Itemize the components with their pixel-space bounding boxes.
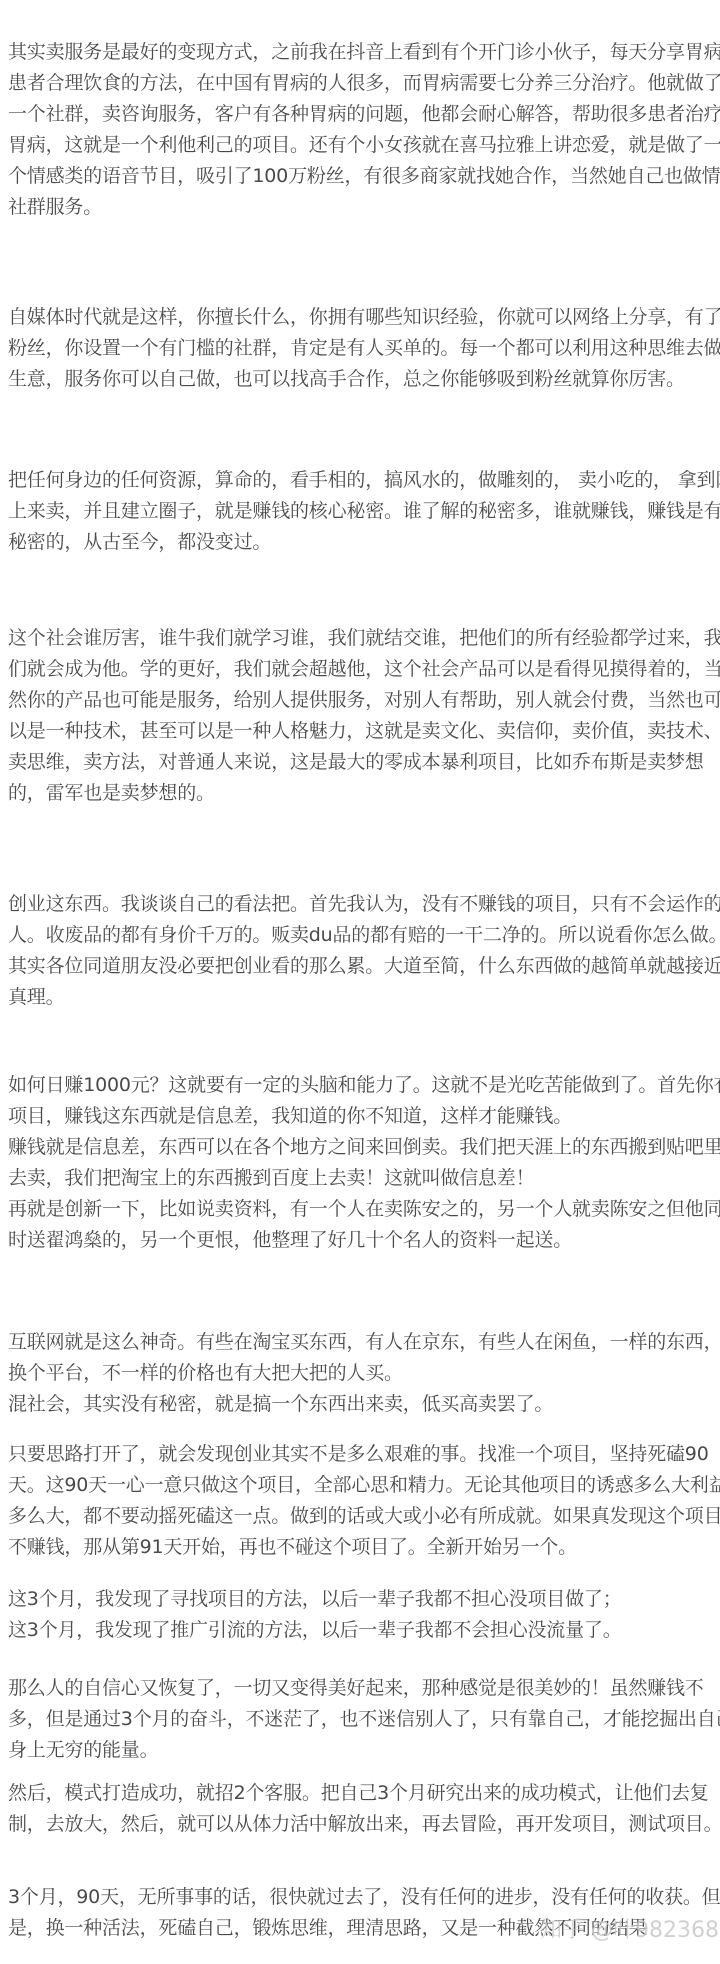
text-line: 人。收废品的都有身价千万的。贩卖du品的都有赔的一干二净的。所以说看你怎么做。 <box>8 920 714 951</box>
text-line: 一个社群，卖咨询服务，客户有各种胃病的问题，他都会耐心解答，帮助很多患者治疗 <box>8 99 714 130</box>
text-line: 项目，赚钱这东西就是信息差，我知道的你不知道，这样才能赚钱。 <box>8 1101 714 1132</box>
text-line: 换个平台，不一样的价格也有大把大把的人买。 <box>8 1358 714 1389</box>
text-line: 粉丝，你设置一个有门槛的社群，肯定是有人买单的。每一个都可以利用这种思维去做 <box>8 333 714 364</box>
text-line: 患者合理饮食的方法，在中国有胃病的人很多，而胃病需要七分养三分治疗。他就做了 <box>8 68 714 99</box>
text-line: 不赚钱，那从第91天开始，再也不碰这个项目了。全新开始另一个。 <box>8 1532 714 1563</box>
text-line: 制，去放大，然后，就可以从体力活中解放出来，再去冒险，再开发项目，测试项目。 <box>8 1809 714 1840</box>
text-line: 的，雷军也是卖梦想的。 <box>8 778 714 809</box>
text-line: 真理。 <box>8 982 714 1013</box>
text-line: 卖思维，卖方法，对普通人来说，这是最大的零成本暴利项目，比如乔布斯是卖梦想 <box>8 747 714 778</box>
paragraph-9: 这3个月，我发现了寻找项目的方法，以后一辈子我都不担心没项目做了； 这3个月，我… <box>8 1584 714 1646</box>
text-line: 混社会，其实没有秘密，就是搞一个东西出来卖，低买高卖罢了。 <box>8 1389 714 1420</box>
text-line: 以是一种技术，甚至可以是一种人格魅力，这就是卖文化、卖信仰，卖价值，卖技术、 <box>8 716 714 747</box>
paragraph-10: 那么人的自信心又恢复了，一切又变得美好起来，那种感觉是很美妙的！虽然赚钱不 多，… <box>8 1673 714 1766</box>
text-line: 如何日赚1000元？这就要有一定的头脑和能力了。这就不是光吃苦能做到了。首先你有 <box>8 1070 714 1101</box>
paragraph-2: 自媒体时代就是这样，你擅长什么，你拥有哪些知识经验，你就可以网络上分享，有了 粉… <box>8 302 714 395</box>
text-line: 秘密的，从古至今，都没变过。 <box>8 527 714 558</box>
paragraph-3: 把任何身边的任何资源，算命的，看手相的，搞风水的，做雕刻的， 卖小吃的， 拿到网… <box>8 465 714 558</box>
zhihu-watermark: 知乎 @叶9823684 <box>540 1913 720 1944</box>
text-line: 创业这东西。我谈谈自己的看法把。首先我认为，没有不赚钱的项目，只有不会运作的 <box>8 889 714 920</box>
text-line: 个情感类的语音节目，吸引了100万粉丝，有很多商家就找她合作，当然她自己也做情感 <box>8 161 714 192</box>
text-line: 赚钱就是信息差，东西可以在各个地方之间来回倒卖。我们把天涯上的东西搬到贴吧里 <box>8 1132 714 1163</box>
text-line: 这3个月，我发现了推广引流的方法，以后一辈子我都不会担心没流量了。 <box>8 1615 714 1646</box>
text-line: 多，但是通过3个月的奋斗，不迷茫了，也不迷信别人了，只有靠自己，才能挖掘出自己 <box>8 1704 714 1735</box>
text-line: 3个月，90天，无所事事的话，很快就过去了，没有任何的进步，没有任何的收获。但 <box>8 1882 714 1913</box>
text-line: 其实卖服务是最好的变现方式，之前我在抖音上看到有个开门诊小伙子，每天分享胃病 <box>8 37 714 68</box>
text-line: 们就会成为他。学的更好，我们就会超越他，这个社会产品可以是看得见摸得着的，当 <box>8 654 714 685</box>
text-line: 再就是创新一下，比如说卖资料，有一个人在卖陈安之的，另一个人就卖陈安之但他同 <box>8 1194 714 1225</box>
text-line: 多么大，都不要动摇死磕这一点。做到的话或大或小必有所成就。如果真发现这个项目 <box>8 1501 714 1532</box>
text-line: 然你的产品也可能是服务，给别人提供服务，对别人有帮助，别人就会付费，当然也可 <box>8 685 714 716</box>
text-line: 其实各位同道朋友没必要把创业看的那么累。大道至简，什么东西做的越简单就越接近 <box>8 951 714 982</box>
text-line: 只要思路打开了，就会发现创业其实不是多么艰难的事。找准一个项目，坚持死磕90 <box>8 1439 714 1470</box>
paragraph-1: 其实卖服务是最好的变现方式，之前我在抖音上看到有个开门诊小伙子，每天分享胃病 患… <box>8 37 714 223</box>
text-line: 然后，模式打造成功，就招2个客服。把自己3个月研究出来的成功模式，让他们去复 <box>8 1778 714 1809</box>
text-line: 天。这90天一心一意只做这个项目，全部心思和精力。无论其他项目的诱惑多么大利益 <box>8 1470 714 1501</box>
text-line: 自媒体时代就是这样，你擅长什么，你拥有哪些知识经验，你就可以网络上分享，有了 <box>8 302 714 333</box>
text-line: 那么人的自信心又恢复了，一切又变得美好起来，那种感觉是很美妙的！虽然赚钱不 <box>8 1673 714 1704</box>
text-line: 这个社会谁厉害，谁牛我们就学习谁，我们就结交谁，把他们的所有经验都学过来，我 <box>8 623 714 654</box>
text-line: 身上无穷的能量。 <box>8 1735 714 1766</box>
text-line: 时送翟鸿燊的，另一个更恨，他整理了好几十个名人的资料一起送。 <box>8 1225 714 1256</box>
text-line: 社群服务。 <box>8 192 714 223</box>
text-line: 生意，服务你可以自己做，也可以找高手合作，总之你能够吸到粉丝就算你厉害。 <box>8 364 714 395</box>
paragraph-8: 只要思路打开了，就会发现创业其实不是多么艰难的事。找准一个项目，坚持死磕90 天… <box>8 1439 714 1563</box>
text-line: 胃病，这就是一个利他利己的项目。还有个小女孩就在喜马拉雅上讲恋爱，就是做了一 <box>8 130 714 161</box>
text-line: 去卖，我们把淘宝上的东西搬到百度上去卖！这就叫做信息差！ <box>8 1163 714 1194</box>
paragraph-5: 创业这东西。我谈谈自己的看法把。首先我认为，没有不赚钱的项目，只有不会运作的 人… <box>8 889 714 1013</box>
paragraph-6: 如何日赚1000元？这就要有一定的头脑和能力了。这就不是光吃苦能做到了。首先你有… <box>8 1070 714 1256</box>
text-line: 上来卖，并且建立圈子，就是赚钱的核心秘密。谁了解的秘密多，谁就赚钱，赚钱是有 <box>8 496 714 527</box>
text-line: 把任何身边的任何资源，算命的，看手相的，搞风水的，做雕刻的， 卖小吃的， 拿到网 <box>8 465 714 496</box>
paragraph-4: 这个社会谁厉害，谁牛我们就学习谁，我们就结交谁，把他们的所有经验都学过来，我 们… <box>8 623 714 809</box>
text-line: 互联网就是这么神奇。有些在淘宝买东西，有人在京东，有些人在闲鱼，一样的东西， <box>8 1327 714 1358</box>
text-line: 这3个月，我发现了寻找项目的方法，以后一辈子我都不担心没项目做了； <box>8 1584 714 1615</box>
paragraph-7: 互联网就是这么神奇。有些在淘宝买东西，有人在京东，有些人在闲鱼，一样的东西， 换… <box>8 1327 714 1420</box>
paragraph-11: 然后，模式打造成功，就招2个客服。把自己3个月研究出来的成功模式，让他们去复 制… <box>8 1778 714 1840</box>
